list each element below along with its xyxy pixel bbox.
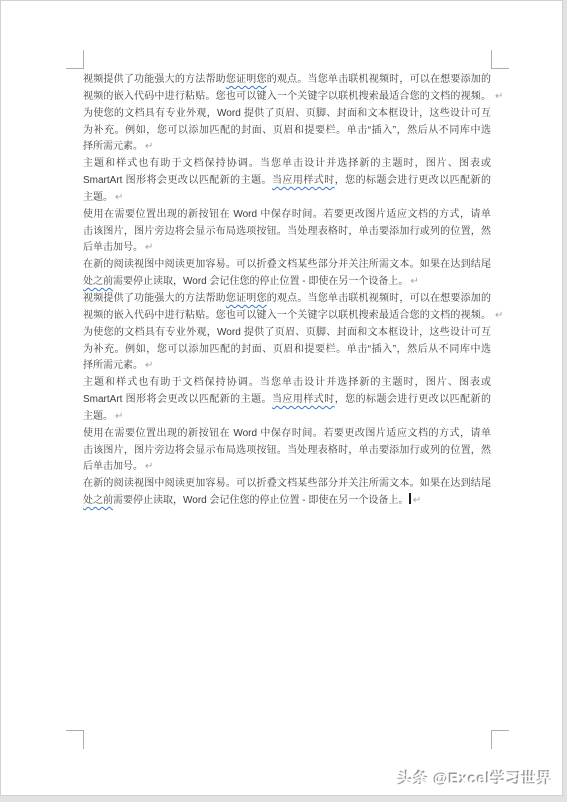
text-run: 后单击加号。 xyxy=(83,242,143,253)
text-run: 的观点。当您单击联机视频时，可以在想要添加的 xyxy=(267,293,491,304)
paragraph-mark-icon: ↵ xyxy=(143,242,153,253)
text-run: 使用在需要位置出现的新按钮在 Word 中保存时间。若要更改图片适应文档的方式，… xyxy=(83,428,491,439)
text-line: 视频的嵌入代码中进行粘贴。您也可以键入一个关键字以联机搜索最适合您的文档的视频。… xyxy=(83,89,491,106)
text-run: ，您的标题会进行更改以匹配新的 xyxy=(335,394,491,405)
text-run: 需要停止读取，Word 会记住您的停止位置 - 即使在另一个设备上。 xyxy=(113,276,408,287)
paragraph-mark-icon: ↵ xyxy=(493,308,503,325)
text-run: 击该图片，图片旁边将会显示布局选项按钮。当处理表格时，单击要添加行或列的位置，然 xyxy=(83,226,491,237)
text-line: 视频提供了功能强大的方法帮助您证明您的观点。当您单击联机视频时，可以在想要添加的 xyxy=(83,72,491,89)
grammar-flagged-text: 您证明您 xyxy=(226,74,267,85)
grammar-flagged-text: 您证明您 xyxy=(226,293,267,304)
document-page: 视频提供了功能强大的方法帮助您证明您的观点。当您单击联机视频时，可以在想要添加的… xyxy=(0,0,563,796)
text-line: 处之前需要停止读取，Word 会记住您的停止位置 - 即使在另一个设备上。↵ xyxy=(83,493,491,510)
text-line: 在新的阅读视图中阅读更加容易。可以折叠文档某些部分并关注所需文本。如果在达到结尾 xyxy=(83,257,491,274)
margin-crop-mark-bottom-left xyxy=(66,730,84,749)
text-run: 后单击加号。 xyxy=(83,461,143,472)
text-line: 视频的嵌入代码中进行粘贴。您也可以键入一个关键字以联机搜索最适合您的文档的视频。… xyxy=(83,308,491,325)
paragraph-mark-icon: ↵ xyxy=(408,276,418,287)
text-line: 主题和样式也有助于文档保持协调。当您单击设计并选择新的主题时，图片、图表或 xyxy=(83,156,491,173)
text-line: 击该图片，图片旁边将会显示布局选项按钮。当处理表格时，单击要添加行或列的位置，然 xyxy=(83,443,491,460)
text-run: SmartArt 图形将会更改以匹配新的主题。 xyxy=(83,175,272,186)
text-run: 主题和样式也有助于文档保持协调。当您单击设计并选择新的主题时，图片、图表或 xyxy=(83,158,491,169)
text-line: 为使您的文档具有专业外观，Word 提供了页眉、页脚、封面和文本框设计，这些设计… xyxy=(83,325,491,342)
text-run: 择所需元素。 xyxy=(83,360,143,371)
text-run: 视频的嵌入代码中进行粘贴。您也可以键入一个关键字以联机搜索最适合您的文档的视频。 xyxy=(83,91,491,102)
text-line: 在新的阅读视图中阅读更加容易。可以折叠文档某些部分并关注所需文本。如果在达到结尾 xyxy=(83,476,491,493)
text-line: 主题。↵ xyxy=(83,409,491,426)
text-line: 为补充。例如，您可以添加匹配的封面、页眉和提要栏。单击“插入”，然后从不同库中选 xyxy=(83,342,491,359)
text-run: ，您的标题会进行更改以匹配新的 xyxy=(335,175,491,186)
grammar-flagged-text: 当应用样式时 xyxy=(272,394,335,405)
margin-crop-mark-bottom-right xyxy=(491,730,509,749)
margin-crop-mark-top-left xyxy=(66,50,84,69)
document-text[interactable]: 视频提供了功能强大的方法帮助您证明您的观点。当您单击联机视频时，可以在想要添加的… xyxy=(83,72,491,510)
text-line: 击该图片，图片旁边将会显示布局选项按钮。当处理表格时，单击要添加行或列的位置，然 xyxy=(83,224,491,241)
text-line: 使用在需要位置出现的新按钮在 Word 中保存时间。若要更改图片适应文档的方式，… xyxy=(83,426,491,443)
text-line: 使用在需要位置出现的新按钮在 Word 中保存时间。若要更改图片适应文档的方式，… xyxy=(83,207,491,224)
paragraph-mark-icon: ↵ xyxy=(113,192,123,203)
paragraph-mark-icon: ↵ xyxy=(143,461,153,472)
paragraph-mark-icon: ↵ xyxy=(143,141,153,152)
text-run: 主题和样式也有助于文档保持协调。当您单击设计并选择新的主题时，图片、图表或 xyxy=(83,377,491,388)
grammar-flagged-text: 当应用样式时 xyxy=(272,175,335,186)
text-run: 使用在需要位置出现的新按钮在 Word 中保存时间。若要更改图片适应文档的方式，… xyxy=(83,209,491,220)
text-run: 的观点。当您单击联机视频时，可以在想要添加的 xyxy=(267,74,491,85)
paragraph-mark-icon: ↵ xyxy=(411,495,421,506)
text-line: 为使您的文档具有专业外观，Word 提供了页眉、页脚、封面和文本框设计，这些设计… xyxy=(83,106,491,123)
text-run: 为补充。例如，您可以添加匹配的封面、页眉和提要栏。单击“插入”，然后从不同库中选 xyxy=(83,125,491,136)
text-run: 为补充。例如，您可以添加匹配的封面、页眉和提要栏。单击“插入”，然后从不同库中选 xyxy=(83,344,491,355)
text-line: 主题和样式也有助于文档保持协调。当您单击设计并选择新的主题时，图片、图表或 xyxy=(83,375,491,392)
text-line: 择所需元素。↵ xyxy=(83,358,491,375)
text-run: 击该图片，图片旁边将会显示布局选项按钮。当处理表格时，单击要添加行或列的位置，然 xyxy=(83,445,491,456)
text-run: 主题。 xyxy=(83,192,113,203)
text-line: 择所需元素。↵ xyxy=(83,139,491,156)
text-run: 为使您的文档具有专业外观，Word 提供了页眉、页脚、封面和文本框设计，这些设计… xyxy=(83,108,491,119)
text-line: 处之前需要停止读取，Word 会记住您的停止位置 - 即使在另一个设备上。↵ xyxy=(83,274,491,291)
text-line: 后单击加号。↵ xyxy=(83,240,491,257)
paragraph-mark-icon: ↵ xyxy=(113,411,123,422)
text-run: 视频提供了功能强大的方法帮助 xyxy=(83,74,226,85)
paragraph-mark-icon: ↵ xyxy=(493,89,503,106)
paragraph-mark-icon: ↵ xyxy=(143,360,153,371)
text-run: 主题。 xyxy=(83,411,113,422)
text-run: SmartArt 图形将会更改以匹配新的主题。 xyxy=(83,394,272,405)
text-run: 在新的阅读视图中阅读更加容易。可以折叠文档某些部分并关注所需文本。如果在达到结尾 xyxy=(83,259,491,270)
text-run: 为使您的文档具有专业外观，Word 提供了页眉、页脚、封面和文本框设计，这些设计… xyxy=(83,327,491,338)
text-line: 主题。↵ xyxy=(83,190,491,207)
text-run: 视频的嵌入代码中进行粘贴。您也可以键入一个关键字以联机搜索最适合您的文档的视频。 xyxy=(83,310,491,321)
text-run: 需要停止读取，Word 会记住您的停止位置 - 即使在另一个设备上。 xyxy=(113,495,408,506)
text-line: 视频提供了功能强大的方法帮助您证明您的观点。当您单击联机视频时，可以在想要添加的 xyxy=(83,291,491,308)
text-line: 后单击加号。↵ xyxy=(83,459,491,476)
margin-crop-mark-top-right xyxy=(491,50,509,69)
text-line: SmartArt 图形将会更改以匹配新的主题。当应用样式时，您的标题会进行更改以… xyxy=(83,392,491,409)
grammar-flagged-text: 处之前 xyxy=(83,276,113,287)
text-line: 为补充。例如，您可以添加匹配的封面、页眉和提要栏。单击“插入”，然后从不同库中选 xyxy=(83,123,491,140)
watermark: 头条 @Excel学习世界 xyxy=(399,768,554,789)
text-run: 在新的阅读视图中阅读更加容易。可以折叠文档某些部分并关注所需文本。如果在达到结尾 xyxy=(83,478,491,489)
text-line: SmartArt 图形将会更改以匹配新的主题。当应用样式时，您的标题会进行更改以… xyxy=(83,173,491,190)
text-run: 择所需元素。 xyxy=(83,141,143,152)
text-run: 视频提供了功能强大的方法帮助 xyxy=(83,293,226,304)
word-page-screenshot: { "page": { "background": "#ffffff", "bo… xyxy=(0,0,567,802)
grammar-flagged-text: 处之前 xyxy=(83,495,113,506)
